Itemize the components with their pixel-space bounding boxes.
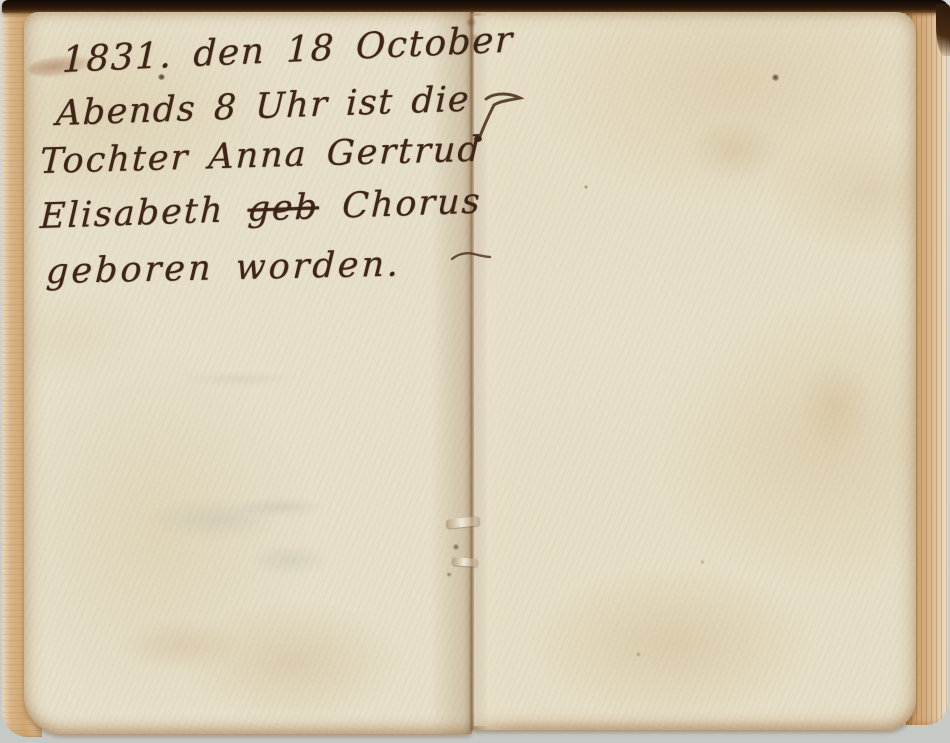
book-cover-corner	[936, 4, 950, 56]
paper-grain	[472, 12, 916, 730]
book-scan: 1831. den 18 October Abends 8 Uhr ist di…	[0, 0, 950, 743]
left-page	[24, 12, 472, 734]
right-page	[472, 12, 916, 730]
paper-grain	[24, 12, 472, 734]
